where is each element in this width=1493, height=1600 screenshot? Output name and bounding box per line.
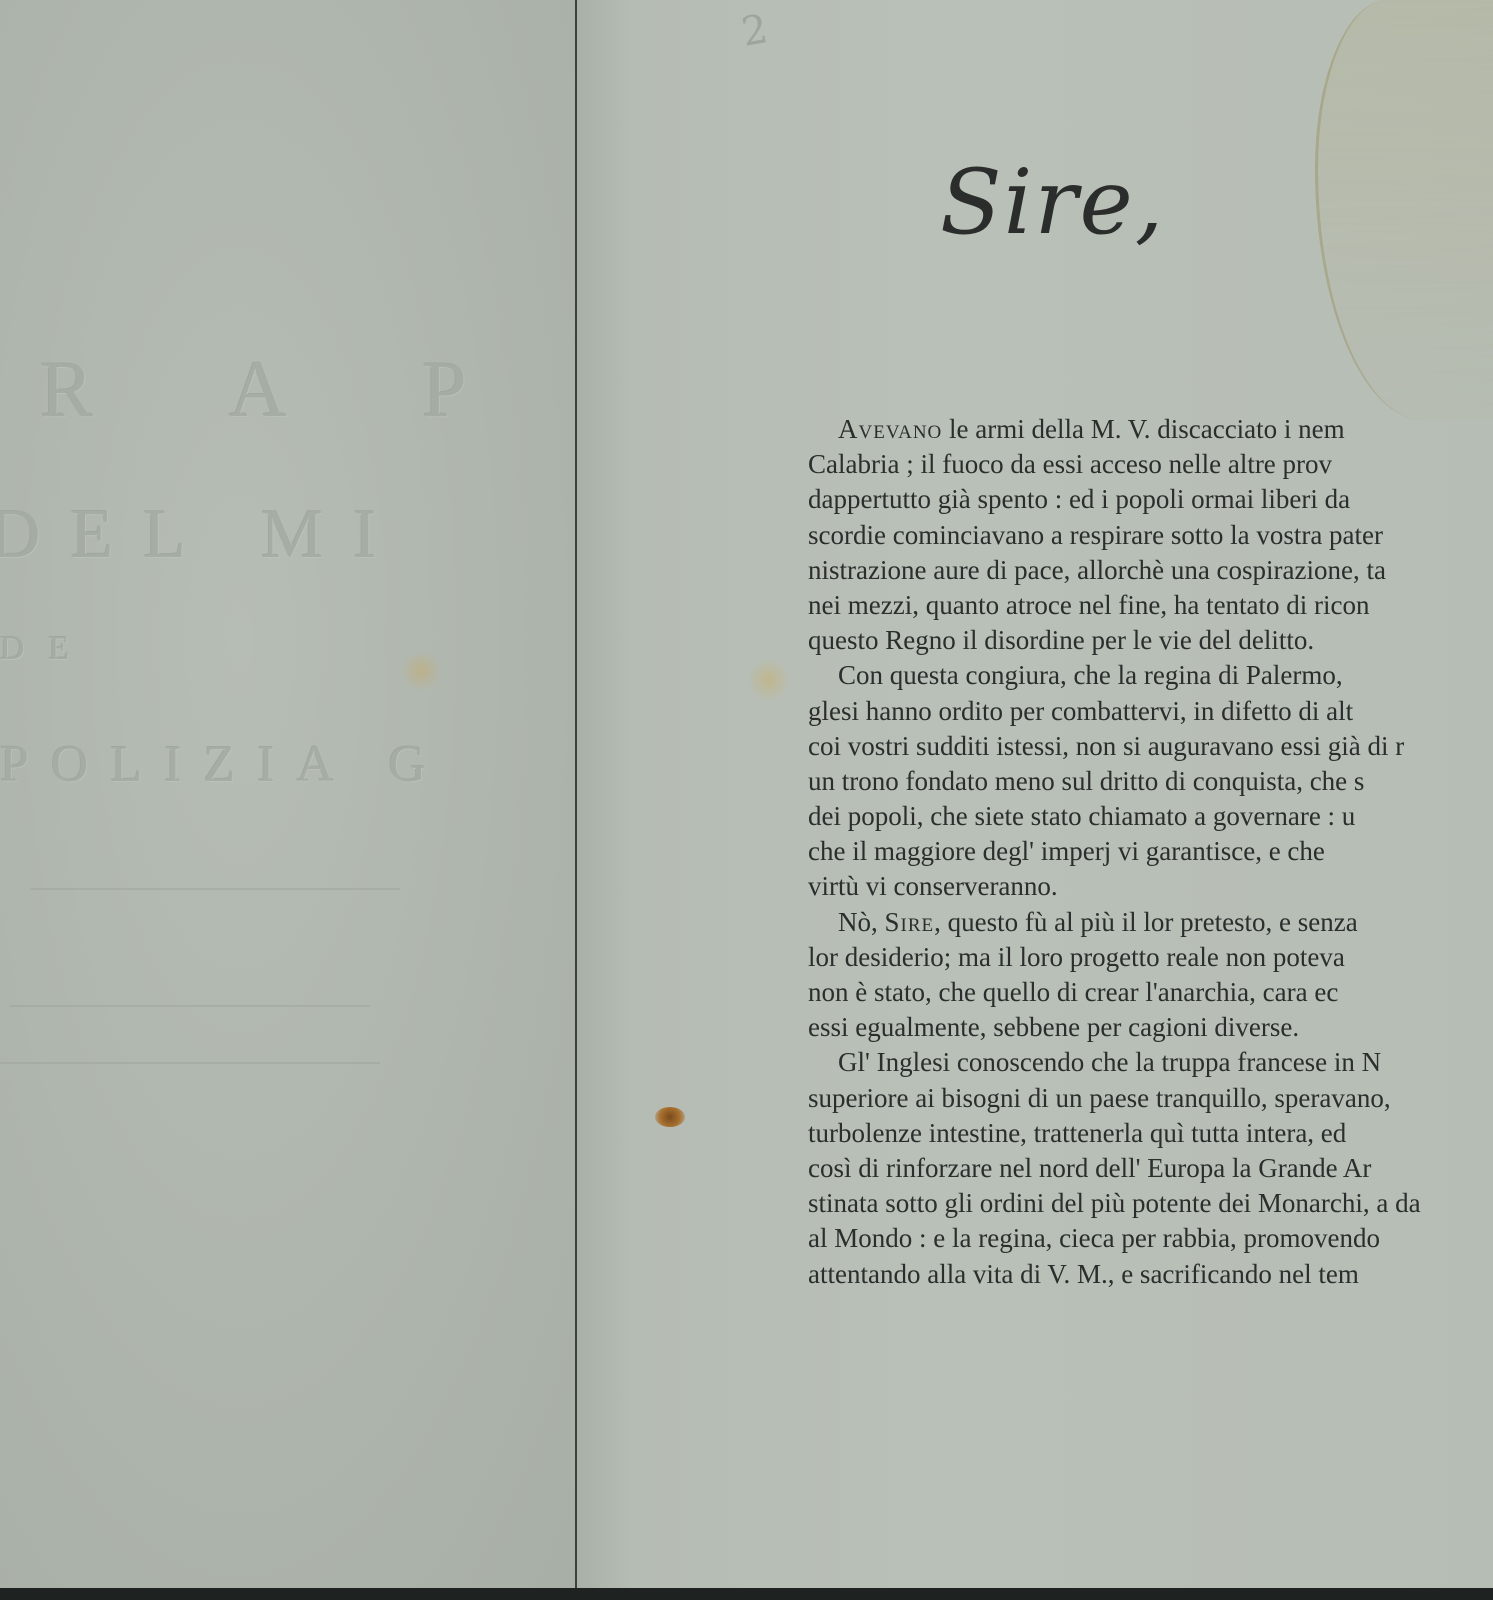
text-line: nistrazione aure di pace, allorchè una c… — [808, 553, 1493, 588]
show-through-rule — [10, 1005, 370, 1007]
text-line: un trono fondato meno sul dritto di conq… — [808, 764, 1493, 799]
show-through-title-line-3: DE — [0, 630, 93, 668]
text-line: Nò, Sire, questo fù al più il lor pretes… — [808, 905, 1493, 940]
text-line: Calabria ; il fuoco da essi acceso nelle… — [808, 447, 1493, 482]
text-line: coi vostri sudditi istessi, non si augur… — [808, 729, 1493, 764]
body-text: Avevano le armi della M. V. discacciato … — [808, 412, 1493, 1292]
text-line: superiore ai bisogni di un paese tranqui… — [808, 1081, 1493, 1116]
foxing-stain — [746, 660, 792, 700]
foxing-stain — [398, 652, 444, 690]
text-line: Con questa congiura, che la regina di Pa… — [808, 658, 1493, 693]
text-line: non è stato, che quello di crear l'anarc… — [808, 975, 1493, 1010]
text-line: essi egualmente, sebbene per cagioni div… — [808, 1010, 1493, 1045]
text-line: scordie cominciavano a respirare sotto l… — [808, 518, 1493, 553]
left-page: R A P DEL MI DE POLIZIA G — [0, 0, 600, 1600]
text-line: stinata sotto gli ordini del più potente… — [808, 1186, 1493, 1221]
show-through-rule — [30, 888, 400, 890]
text-line: dei popoli, che siete stato chiamato a g… — [808, 799, 1493, 834]
text-line: turbolenze intestine, trattenerla quì tu… — [808, 1116, 1493, 1151]
text-line: questo Regno il disordine per le vie del… — [808, 623, 1493, 658]
text-line: lor desiderio; ma il loro progetto reale… — [808, 940, 1493, 975]
text-line: glesi hanno ordito per combattervi, in d… — [808, 694, 1493, 729]
text-line: virtù vi conserveranno. — [808, 869, 1493, 904]
text-line: Avevano le armi della M. V. discacciato … — [808, 412, 1493, 447]
salutation-heading: Sire, — [940, 158, 1165, 248]
text-line: che il maggiore degl' imperj vi garantis… — [808, 834, 1493, 869]
text-line: attentando alla vita di V. M., e sacrifi… — [808, 1257, 1493, 1292]
show-through-rule — [0, 1062, 380, 1064]
text-line: nei mezzi, quanto atroce nel fine, ha te… — [808, 588, 1493, 623]
address-sire: Sire — [885, 907, 935, 937]
show-through-title-line-4: POLIZIA G — [0, 735, 448, 794]
book-spread: R A P DEL MI DE POLIZIA G 2 Sire, Avevan… — [0, 0, 1493, 1600]
text-line: così di rinforzare nel nord dell' Europa… — [808, 1151, 1493, 1186]
table-surface — [0, 1588, 1493, 1600]
rust-stain — [655, 1107, 685, 1127]
text-line: Gl' Inglesi conoscendo che la truppa fra… — [808, 1045, 1493, 1080]
text-line: al Mondo : e la regina, cieca per rabbia… — [808, 1221, 1493, 1256]
show-through-title-line-2: DEL MI — [0, 495, 407, 575]
show-through-title-line-1: R A P — [40, 345, 527, 436]
text-line: dappertutto già spento : ed i popoli orm… — [808, 482, 1493, 517]
opening-word: Avevano — [838, 414, 942, 444]
